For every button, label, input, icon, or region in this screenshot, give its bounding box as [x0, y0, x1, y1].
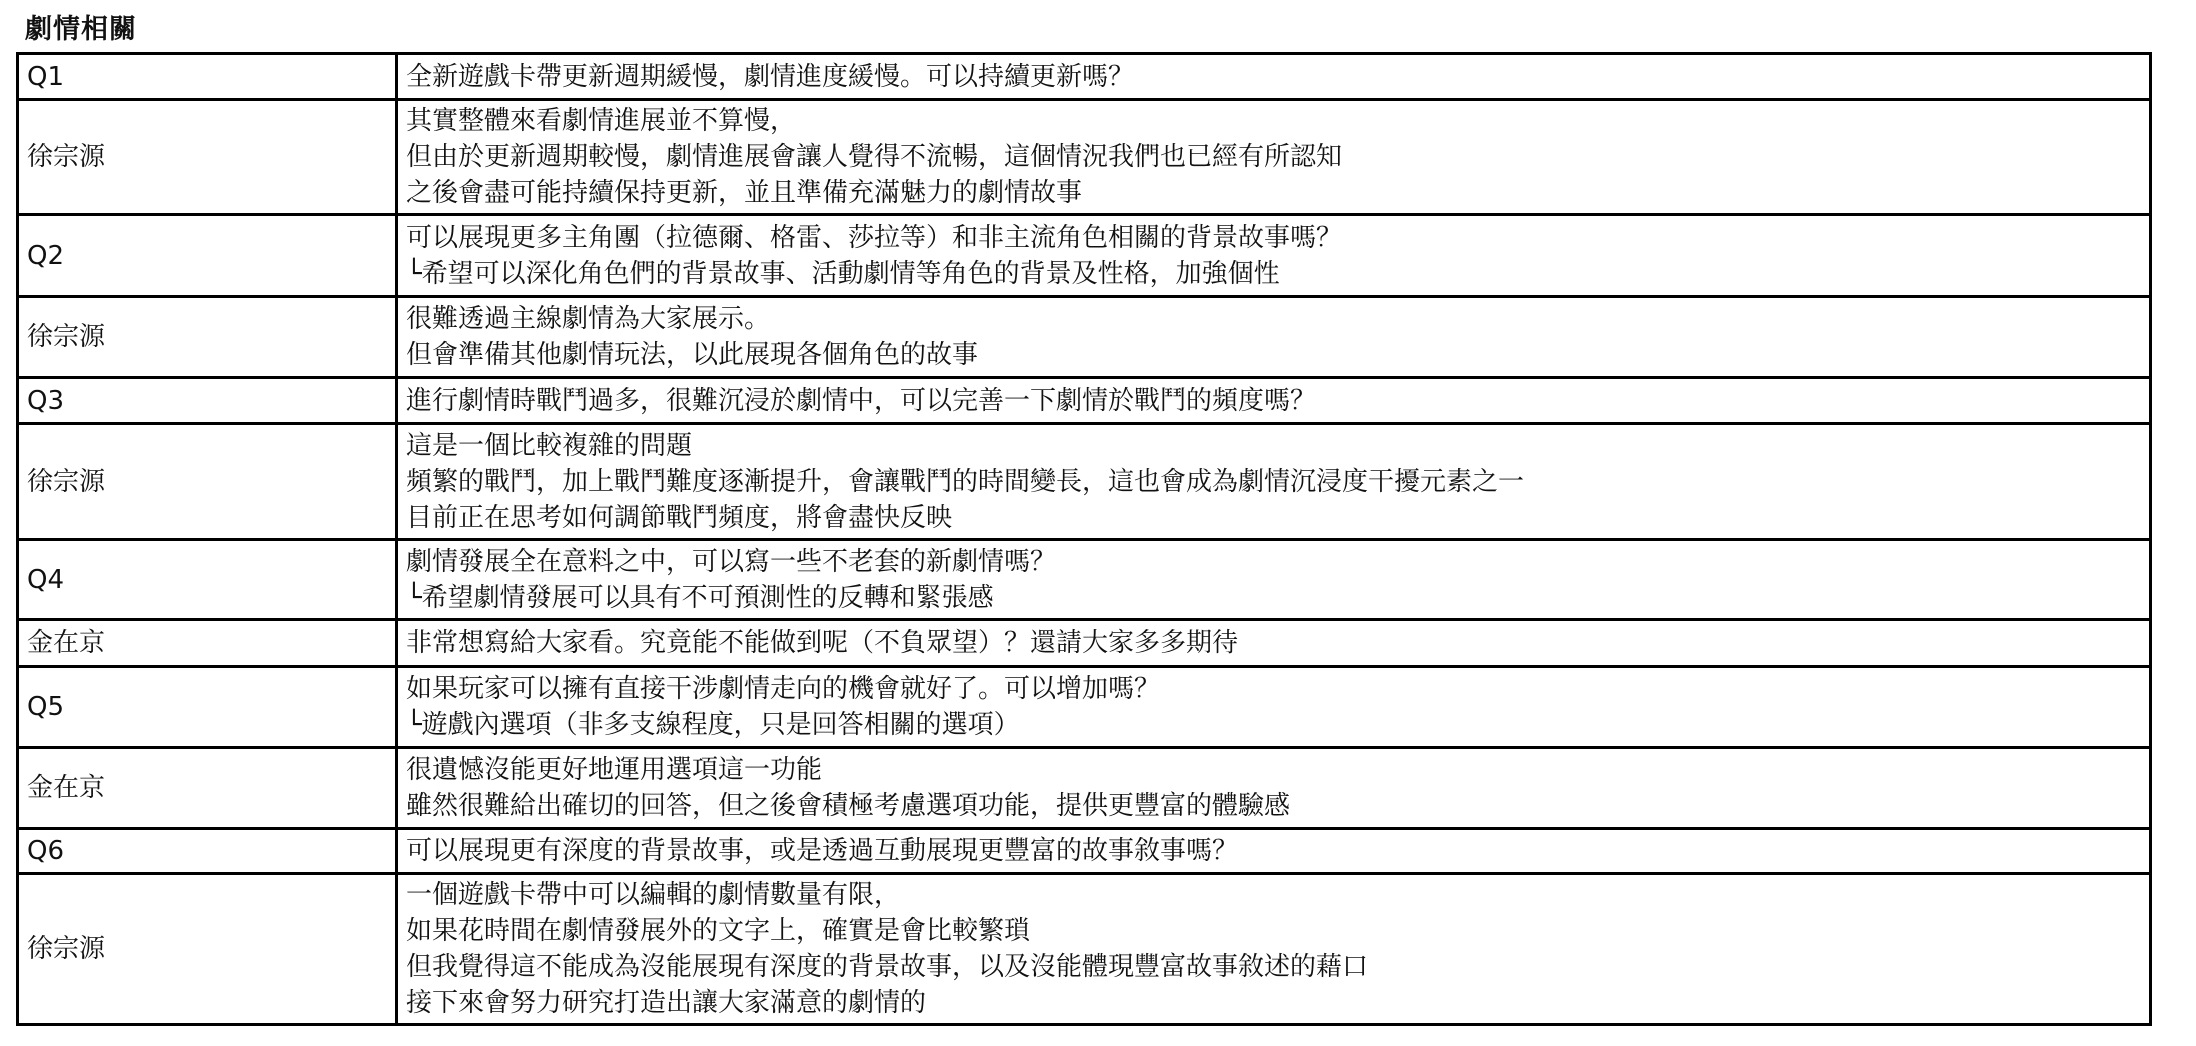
content-line: 一個遊戲卡帶中可以編輯的劇情數量有限，	[406, 877, 2141, 913]
table-row: Q1 全新遊戲卡帶更新週期緩慢，劇情進度緩慢。可以持續更新嗎？	[18, 54, 2151, 100]
content-line: 進行劇情時戰鬥過多，很難沉浸於劇情中，可以完善一下劇情於戰鬥的頻度嗎？	[406, 383, 2141, 419]
speaker-label: Q3	[27, 386, 64, 416]
content-line: 劇情發展全在意料之中，可以寫一些不老套的新劇情嗎？	[406, 544, 2141, 580]
content-line: 如果花時間在劇情發展外的文字上，確實是會比較繁瑣	[406, 913, 2141, 949]
speaker-label: 徐宗源	[27, 934, 105, 964]
content-cell: 可以展現更有深度的背景故事，或是透過互動展現更豐富的故事敘事嗎？	[397, 829, 2151, 874]
content-line: 如果玩家可以擁有直接干涉劇情走向的機會就好了。可以增加嗎？	[406, 671, 2141, 707]
table-row: 徐宗源 很難透過主線劇情為大家展示。 但會準備其他劇情玩法，以此展現各個角色的故…	[18, 297, 2151, 378]
content-line: 全新遊戲卡帶更新週期緩慢，劇情進度緩慢。可以持續更新嗎？	[406, 59, 2141, 95]
content-cell: 這是一個比較複雜的問題 頻繁的戰鬥，加上戰鬥難度逐漸提升，會讓戰鬥的時間變長，這…	[397, 424, 2151, 540]
speaker-label: Q4	[27, 565, 64, 595]
content-cell: 很難透過主線劇情為大家展示。 但會準備其他劇情玩法，以此展現各個角色的故事	[397, 297, 2151, 378]
content-line: 目前正在思考如何調節戰鬥頻度，將會盡快反映	[406, 500, 2141, 536]
content-line: 之後會盡可能持續保持更新，並且準備充滿魅力的劇情故事	[406, 175, 2141, 211]
content-line: └希望可以深化角色們的背景故事、活動劇情等角色的背景及性格，加強個性	[406, 256, 2141, 292]
content-line: 可以展現更有深度的背景故事，或是透過互動展現更豐富的故事敘事嗎？	[406, 833, 2141, 869]
content-line: └遊戲內選項（非多支線程度，只是回答相關的選項）	[406, 707, 2141, 743]
speaker-label: Q6	[27, 836, 64, 866]
content-cell: 如果玩家可以擁有直接干涉劇情走向的機會就好了。可以增加嗎？ └遊戲內選項（非多支…	[397, 667, 2151, 748]
content-cell: 很遺憾沒能更好地運用選項這一功能 雖然很難給出確切的回答，但之後會積極考慮選項功…	[397, 748, 2151, 829]
content-line: 其實整體來看劇情進展並不算慢，	[406, 103, 2141, 139]
speaker-cell: 金在京	[18, 748, 397, 829]
content-cell: 其實整體來看劇情進展並不算慢， 但由於更新週期較慢，劇情進展會讓人覺得不流暢，這…	[397, 100, 2151, 215]
qa-table: Q1 全新遊戲卡帶更新週期緩慢，劇情進度緩慢。可以持續更新嗎？ 徐宗源 其實整體…	[16, 52, 2152, 1026]
content-line: 這是一個比較複雜的問題	[406, 428, 2141, 464]
table-row: 徐宗源 一個遊戲卡帶中可以編輯的劇情數量有限， 如果花時間在劇情發展外的文字上，…	[18, 874, 2151, 1025]
speaker-label: 金在京	[27, 773, 105, 803]
table-row: 金在京 非常想寫給大家看。究竟能不能做到呢（不負眾望）？還請大家多多期待	[18, 620, 2151, 667]
content-line: 非常想寫給大家看。究竟能不能做到呢（不負眾望）？還請大家多多期待	[406, 625, 2141, 661]
speaker-label: Q5	[27, 692, 64, 722]
content-line: 很難透過主線劇情為大家展示。	[406, 301, 2141, 337]
speaker-cell: Q4	[18, 540, 397, 620]
content-cell: 一個遊戲卡帶中可以編輯的劇情數量有限， 如果花時間在劇情發展外的文字上，確實是會…	[397, 874, 2151, 1025]
speaker-cell: Q2	[18, 215, 397, 297]
table-row: 金在京 很遺憾沒能更好地運用選項這一功能 雖然很難給出確切的回答，但之後會積極考…	[18, 748, 2151, 829]
content-line: 頻繁的戰鬥，加上戰鬥難度逐漸提升，會讓戰鬥的時間變長，這也會成為劇情沉浸度干擾元…	[406, 464, 2141, 500]
speaker-cell: 金在京	[18, 620, 397, 667]
content-cell: 全新遊戲卡帶更新週期緩慢，劇情進度緩慢。可以持續更新嗎？	[397, 54, 2151, 100]
content-cell: 進行劇情時戰鬥過多，很難沉浸於劇情中，可以完善一下劇情於戰鬥的頻度嗎？	[397, 378, 2151, 424]
table-row: 徐宗源 其實整體來看劇情進展並不算慢， 但由於更新週期較慢，劇情進展會讓人覺得不…	[18, 100, 2151, 215]
content-line: 但我覺得這不能成為沒能展現有深度的背景故事，以及沒能體現豐富故事敘述的藉口	[406, 949, 2141, 985]
content-cell: 可以展現更多主角團（拉德爾、格雷、莎拉等）和非主流角色相關的背景故事嗎？ └希望…	[397, 215, 2151, 297]
speaker-cell: 徐宗源	[18, 874, 397, 1025]
content-line: └希望劇情發展可以具有不可預測性的反轉和緊張感	[406, 580, 2141, 616]
table-row: Q5 如果玩家可以擁有直接干涉劇情走向的機會就好了。可以增加嗎？ └遊戲內選項（…	[18, 667, 2151, 748]
speaker-label: Q1	[27, 62, 64, 92]
speaker-label: 徐宗源	[27, 322, 105, 352]
table-row: Q6 可以展現更有深度的背景故事，或是透過互動展現更豐富的故事敘事嗎？	[18, 829, 2151, 874]
speaker-label: 徐宗源	[27, 142, 105, 172]
content-cell: 劇情發展全在意料之中，可以寫一些不老套的新劇情嗎？ └希望劇情發展可以具有不可預…	[397, 540, 2151, 620]
content-cell: 非常想寫給大家看。究竟能不能做到呢（不負眾望）？還請大家多多期待	[397, 620, 2151, 667]
speaker-label: Q2	[27, 241, 64, 271]
table-row: Q3 進行劇情時戰鬥過多，很難沉浸於劇情中，可以完善一下劇情於戰鬥的頻度嗎？	[18, 378, 2151, 424]
speaker-label: 金在京	[27, 628, 105, 658]
speaker-cell: Q3	[18, 378, 397, 424]
content-line: 可以展現更多主角團（拉德爾、格雷、莎拉等）和非主流角色相關的背景故事嗎？	[406, 220, 2141, 256]
content-line: 但會準備其他劇情玩法，以此展現各個角色的故事	[406, 337, 2141, 373]
speaker-cell: 徐宗源	[18, 100, 397, 215]
content-line: 接下來會努力研究打造出讓大家滿意的劇情的	[406, 985, 2141, 1021]
content-line: 很遺憾沒能更好地運用選項這一功能	[406, 752, 2141, 788]
speaker-cell: Q5	[18, 667, 397, 748]
section-title: 劇情相關	[25, 12, 137, 48]
content-line: 雖然很難給出確切的回答，但之後會積極考慮選項功能，提供更豐富的體驗感	[406, 788, 2141, 824]
speaker-cell: Q6	[18, 829, 397, 874]
speaker-cell: 徐宗源	[18, 297, 397, 378]
table-row: 徐宗源 這是一個比較複雜的問題 頻繁的戰鬥，加上戰鬥難度逐漸提升，會讓戰鬥的時間…	[18, 424, 2151, 540]
speaker-cell: Q1	[18, 54, 397, 100]
speaker-label: 徐宗源	[27, 467, 105, 497]
table-row: Q2 可以展現更多主角團（拉德爾、格雷、莎拉等）和非主流角色相關的背景故事嗎？ …	[18, 215, 2151, 297]
content-line: 但由於更新週期較慢，劇情進展會讓人覺得不流暢，這個情況我們也已經有所認知	[406, 139, 2141, 175]
table-row: Q4 劇情發展全在意料之中，可以寫一些不老套的新劇情嗎？ └希望劇情發展可以具有…	[18, 540, 2151, 620]
speaker-cell: 徐宗源	[18, 424, 397, 540]
